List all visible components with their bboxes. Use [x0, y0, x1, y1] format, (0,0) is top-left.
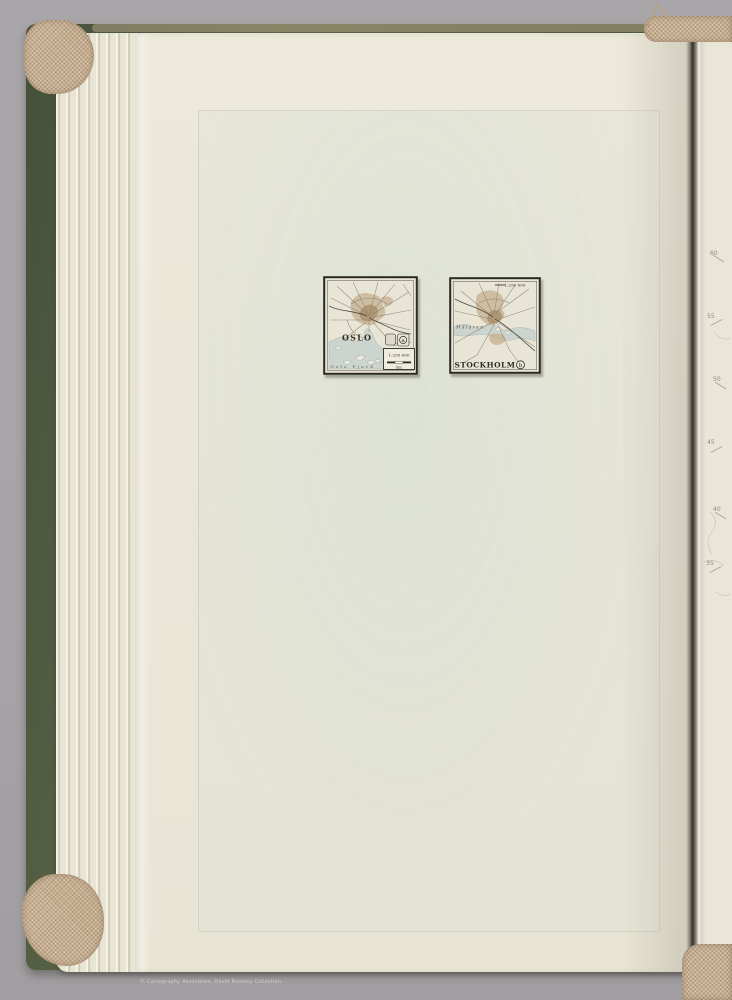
next-page-map-linework [698, 32, 732, 974]
photo-backdrop: OSLO Oslo Fjord a 1:250 000 km [0, 0, 732, 1000]
graticule-label-40: 40 [713, 506, 721, 513]
graticule-label-55: 55 [707, 313, 715, 320]
scale-bar-segment [387, 362, 395, 364]
oslo-scale-unit: km [396, 365, 402, 369]
legend-box [386, 334, 396, 345]
oslo-index-letter: a [402, 338, 405, 344]
graticule-label-60: 60 [710, 250, 718, 257]
plate-mark [198, 110, 660, 932]
oslo-map-graphic: OSLO Oslo Fjord a 1:250 000 km [323, 276, 418, 375]
graticule-label-45: 45 [707, 439, 715, 446]
oslo-scale-text: 1:250 000 [389, 353, 410, 358]
page-gutter [686, 34, 698, 972]
stockholm-title-label: STOCKHOLM [455, 361, 516, 370]
malaren-label: Mälaren [455, 326, 484, 331]
oslo-inset-map: OSLO Oslo Fjord a 1:250 000 km [323, 276, 418, 375]
atlas-page: OSLO Oslo Fjord a 1:250 000 km [135, 34, 687, 972]
scale-bar-segment [395, 362, 403, 364]
binding-cloth-bottom-right [682, 944, 732, 1000]
scale-bar-segment [403, 362, 411, 364]
stockholm-scale-text: 1:250 000 [505, 283, 526, 288]
spine-cloth-edge [92, 24, 648, 32]
oslo-fjord-label: Oslo Fjord [331, 364, 376, 369]
graticule-label-35: 35 [706, 560, 714, 567]
watermark-text: © Cartography Associates, David Rumsey C… [140, 979, 281, 985]
oslo-title-label: OSLO [342, 333, 372, 343]
graticule-label-50: 50 [713, 376, 721, 383]
stockholm-inset-map: 1:250 000 Mälaren STOCKHOLM b [449, 277, 541, 374]
headband-cloth-top [644, 16, 732, 42]
next-page-edge: 60 55 50 45 40 35 [698, 32, 732, 974]
stockholm-map-graphic: 1:250 000 Mälaren STOCKHOLM b [449, 277, 541, 374]
